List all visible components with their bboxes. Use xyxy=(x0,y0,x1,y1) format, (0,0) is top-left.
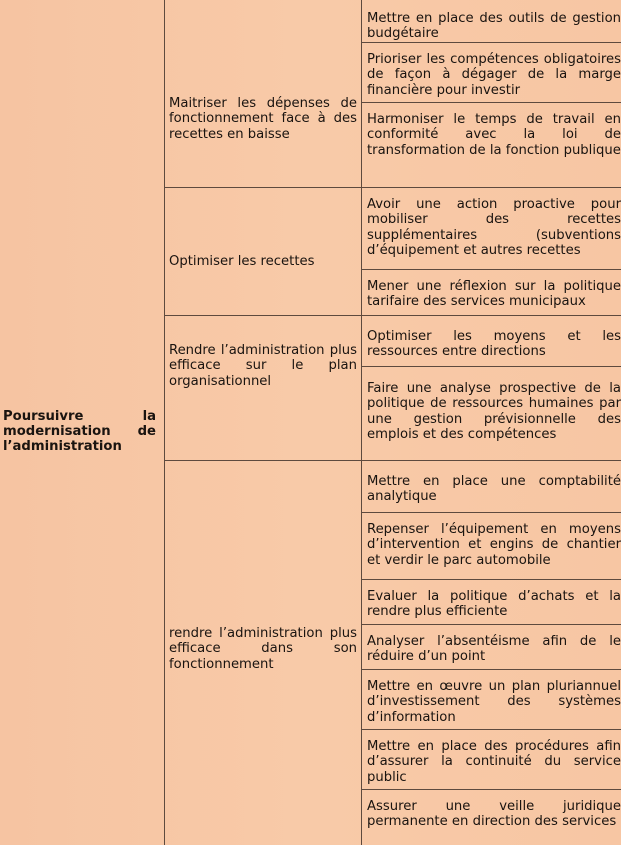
objective-cell: Optimiser les recettes xyxy=(165,188,362,316)
action-text: Mettre en place une comptabilité analyti… xyxy=(367,474,621,505)
action-cell: Analyser l’absentéisme afin de le réduir… xyxy=(362,625,621,670)
action-cell: Assurer une veille juridique permanente … xyxy=(362,790,621,845)
objective-cell: rendre l’administration plus efficace da… xyxy=(165,461,362,845)
objective-label: Optimiser les recettes xyxy=(169,254,357,269)
action-text: Optimiser les moyens et les ressources e… xyxy=(367,329,621,360)
action-text: Mettre en place des outils de gestion bu… xyxy=(367,11,621,42)
action-text: Mettre en œuvre un plan pluriannuel d’in… xyxy=(367,679,621,725)
action-cell: Harmoniser le temps de travail en confor… xyxy=(362,103,621,188)
action-cell: Repenser l’équipement en moyens d’interv… xyxy=(362,513,621,580)
action-cell: Mettre en place des outils de gestion bu… xyxy=(362,0,621,43)
axis-title-line: Poursuivre la xyxy=(3,409,156,424)
action-cell: Mettre en place des procédures afin d’as… xyxy=(362,730,621,790)
objective-label: Maitriser les dépenses de fonctionnement… xyxy=(169,96,357,142)
objective-label: rendre l’administration plus efficace da… xyxy=(169,626,357,672)
action-text: Prioriser les compétences obligatoires d… xyxy=(367,52,621,98)
action-text: Evaluer la politique d’achats et la rend… xyxy=(367,589,621,620)
action-text: Faire une analyse prospective de la poli… xyxy=(367,381,621,442)
action-text: Mener une réflexion sur la politique tar… xyxy=(367,279,621,310)
axis-title: Poursuivre la modernisation de l’adminis… xyxy=(3,409,156,454)
action-text: Harmoniser le temps de travail en confor… xyxy=(367,112,621,158)
action-cell: Prioriser les compétences obligatoires d… xyxy=(362,43,621,103)
objective-label: Rendre l’administration plus efficace su… xyxy=(169,343,357,389)
action-cell: Evaluer la politique d’achats et la rend… xyxy=(362,580,621,625)
action-cell: Mettre en place une comptabilité analyti… xyxy=(362,461,621,513)
axis-title-line: l’administration xyxy=(3,439,156,454)
action-text: Mettre en place des procédures afin d’as… xyxy=(367,739,621,785)
action-cell: Avoir une action proactive pour mobilise… xyxy=(362,188,621,270)
action-cell: Mener une réflexion sur la politique tar… xyxy=(362,270,621,316)
document-page: Poursuivre la modernisation de l’adminis… xyxy=(0,0,621,845)
objectives-column: Maitriser les dépenses de fonctionnement… xyxy=(164,0,362,845)
action-cell: Mettre en œuvre un plan pluriannuel d’in… xyxy=(362,670,621,730)
objective-cell: Rendre l’administration plus efficace su… xyxy=(165,316,362,461)
axis-title-line: modernisation de xyxy=(3,424,156,439)
action-text: Assurer une veille juridique permanente … xyxy=(367,799,621,830)
action-text: Analyser l’absentéisme afin de le réduir… xyxy=(367,634,621,665)
action-text: Repenser l’équipement en moyens d’interv… xyxy=(367,522,621,568)
action-cell: Faire une analyse prospective de la poli… xyxy=(362,367,621,461)
objective-cell: Maitriser les dépenses de fonctionnement… xyxy=(165,0,362,188)
axis-column: Poursuivre la modernisation de l’adminis… xyxy=(0,0,164,845)
action-cell: Optimiser les moyens et les ressources e… xyxy=(362,316,621,367)
action-text: Avoir une action proactive pour mobilise… xyxy=(367,197,621,258)
actions-column: Mettre en place des outils de gestion bu… xyxy=(361,0,621,845)
